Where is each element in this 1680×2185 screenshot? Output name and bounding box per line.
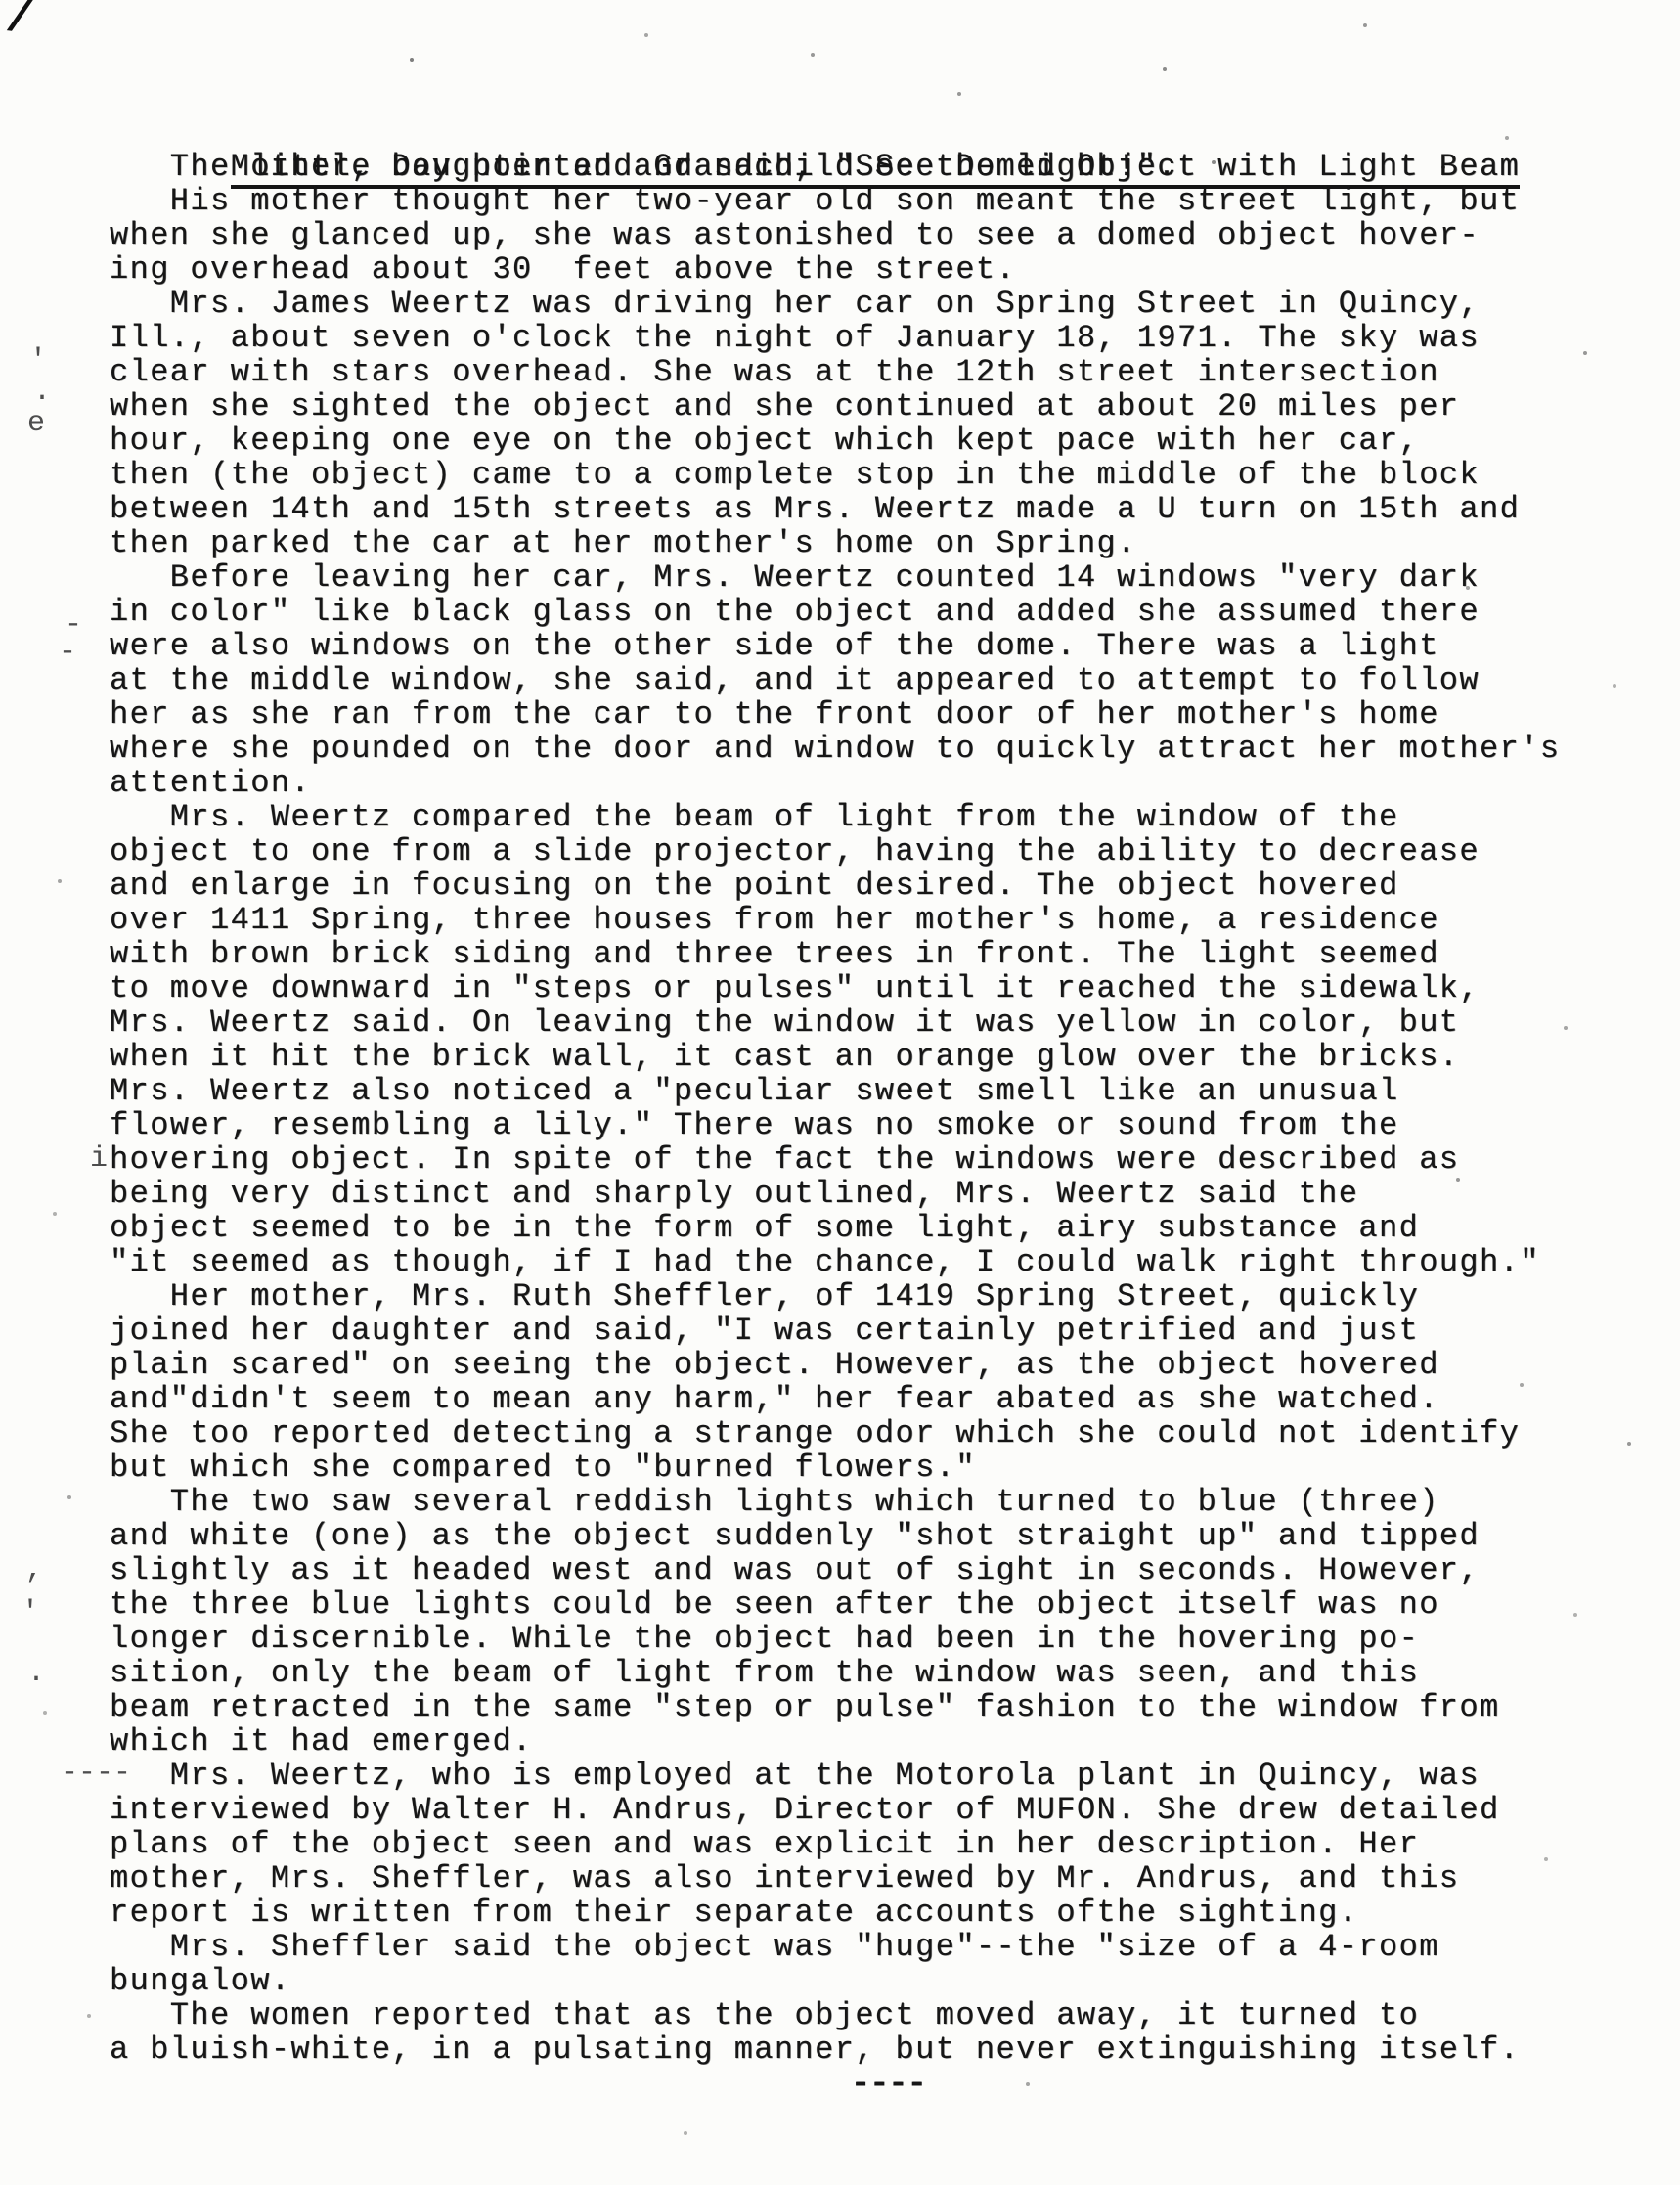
text-line: plans of the object seen and was explici… [110,1827,1635,1861]
text-line: when it hit the brick wall, it cast an o… [110,1040,1635,1074]
text-line: attention. [110,766,1635,800]
text-line: the three blue lights could be seen afte… [110,1587,1635,1622]
margin-smudge-mark: ' [22,1596,39,1629]
text-line: The women reported that as the object mo… [110,1998,1635,2032]
text-line: where she pounded on the door and window… [110,732,1635,766]
text-line: The two saw several reddish lights which… [110,1485,1635,1519]
text-line: then (the object) came to a complete sto… [110,458,1635,492]
typewritten-text-block: Mother, Daughter and Grandchild See Dome… [110,115,1635,2101]
text-line: her as she ran from the car to the front… [110,697,1635,732]
text-line: were also windows on the other side of t… [110,629,1635,663]
margin-smudge-mark: , [25,1553,43,1586]
text-line: a bluish-white, in a pulsating manner, b… [110,2032,1635,2067]
margin-smudge-mark: . [33,376,51,409]
text-line: beam retracted in the same "step or puls… [110,1690,1635,1724]
text-line: at the middle window, she said, and it a… [110,663,1635,697]
text-line: His mother thought her two-year old son … [110,184,1635,218]
body-text: The little boy pointed and said, "See th… [110,150,1635,2067]
text-line: interviewed by Walter H. Andrus, Directo… [110,1793,1635,1827]
text-line: Mrs. Weertz, who is employed at the Moto… [110,1759,1635,1793]
text-line: Mrs. James Weertz was driving her car on… [110,287,1635,321]
text-line: bungalow. [110,1964,1635,1998]
text-line: with brown brick siding and three trees … [110,937,1635,971]
text-line: She too reported detecting a strange odo… [110,1416,1635,1450]
text-line: and"didn't seem to mean any harm," her f… [110,1382,1635,1416]
text-line: longer discernible. While the object had… [110,1622,1635,1656]
document-page: / '.e--i,'.---- Mother, Daughter and Gra… [0,0,1680,2185]
text-line: sition, only the beam of light from the … [110,1656,1635,1690]
text-line: which it had emerged. [110,1724,1635,1759]
text-line: then parked the car at her mother's home… [110,526,1635,560]
text-line: "it seemed as though, if I had the chanc… [110,1245,1635,1279]
text-line: between 14th and 15th streets as Mrs. We… [110,492,1635,526]
text-line: object seemed to be in the form of some … [110,1211,1635,1245]
text-line: clear with stars overhead. She was at th… [110,355,1635,389]
text-line: Mrs. Weertz compared the beam of light f… [110,800,1635,834]
text-line: over 1411 Spring, three houses from her … [110,903,1635,937]
text-line: report is written from their separate ac… [110,1895,1635,1930]
text-line: Mrs. Weertz also noticed a "peculiar swe… [110,1074,1635,1108]
text-line: being very distinct and sharply outlined… [110,1177,1635,1211]
text-line: object to one from a slide projector, ha… [110,834,1635,869]
text-line: mother, Mrs. Sheffler, was also intervie… [110,1861,1635,1895]
text-line: joined her daughter and said, "I was cer… [110,1314,1635,1348]
text-line: and white (one) as the object suddenly "… [110,1519,1635,1553]
text-line: slightly as it headed west and was out o… [110,1553,1635,1587]
text-line: and enlarge in focusing on the point des… [110,869,1635,903]
text-line: in color" like black glass on the object… [110,595,1635,629]
margin-smudge-mark: ' [29,344,47,378]
margin-smudge-mark: e [27,407,45,440]
text-line: hour, keeping one eye on the object whic… [110,424,1635,458]
text-line: Mrs. Sheffler said the object was "huge"… [110,1930,1635,1964]
text-line: when she glanced up, she was astonished … [110,218,1635,252]
margin-smudge-mark: . [27,1657,45,1690]
text-line: when she sighted the object and she cont… [110,389,1635,424]
text-line: to move downward in "steps or pulses" un… [110,971,1635,1005]
text-line: Her mother, Mrs. Ruth Sheffler, of 1419 … [110,1279,1635,1314]
handwritten-slash-mark: / [3,0,35,46]
document-title: Mother, Daughter and Grandchild See Dome… [110,115,1635,150]
text-line: flower, resembling a lily." There was no… [110,1108,1635,1142]
margin-smudge-mark: i [90,1142,108,1176]
text-line: ing overhead about 30 feet above the str… [110,252,1635,287]
text-line: Mrs. Weertz said. On leaving the window … [110,1005,1635,1040]
text-line: Before leaving her car, Mrs. Weertz coun… [110,560,1635,595]
text-line: hovering object. In spite of the fact th… [110,1142,1635,1177]
text-line: but which she compared to "burned flower… [110,1450,1635,1485]
text-line: plain scared" on seeing the object. Howe… [110,1348,1635,1382]
end-divider: ---- [110,2067,1635,2101]
margin-smudge-mark: - [59,636,76,669]
scan-noise [0,0,2,2]
text-line: Ill., about seven o'clock the night of J… [110,321,1635,355]
